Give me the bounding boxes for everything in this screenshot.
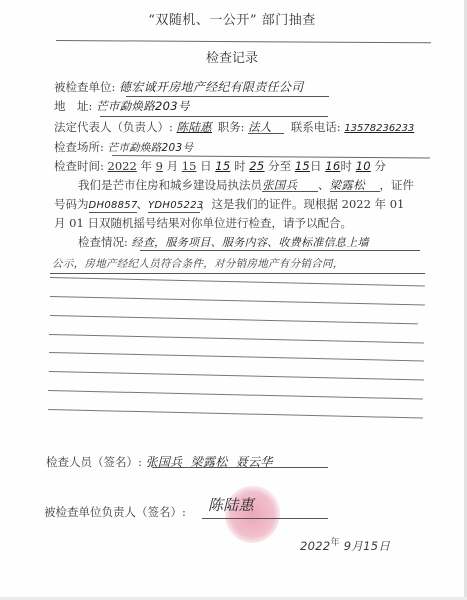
document-title: “双随机、一公开” 部门抽查	[0, 9, 464, 28]
position-label: 职务:	[218, 120, 245, 134]
officer-1-id: DH08857	[89, 200, 137, 213]
document-subtitle: 检查记录	[0, 47, 464, 66]
title-divider	[56, 40, 431, 43]
signature-date: 2022年 9月15日	[300, 535, 390, 554]
date-day: 15日	[363, 539, 390, 553]
unit-head-label: 被检查单位负责人（签名）:	[44, 505, 186, 519]
address-label: 地 址:	[54, 99, 92, 113]
statement-text: 我们是芒市住房和城乡建设局执法员	[78, 178, 262, 192]
ruled-line	[49, 334, 424, 344]
ruled-line	[49, 371, 424, 381]
ruled-line	[49, 352, 424, 362]
ruled-line	[50, 315, 418, 324]
time-end-hour-unit: 时	[340, 159, 352, 173]
ruled-line	[48, 390, 423, 400]
statement-text: 号码为	[54, 197, 89, 211]
legal-rep-row: 法定代表人（负责人）: 陈陆惠 职务: 法人 联系电话: 13578236233	[54, 119, 414, 135]
inspection-label: 检查情况:	[78, 235, 128, 249]
time-year: 2022	[108, 159, 137, 173]
location-row: 检查场所: 芒市勐焕路203号	[54, 139, 193, 155]
time-end-min: 10	[356, 159, 371, 173]
date-year: 2022	[300, 539, 330, 553]
ruled-line	[50, 296, 425, 306]
statement-line-3: 月 01 日双随机摇号结果对你单位进行检查，请予以配合。	[54, 215, 352, 231]
officer-2-name: 梁露松	[330, 179, 380, 192]
location-label: 检查场所:	[54, 140, 104, 154]
officer-2-id: YDH05223	[148, 200, 200, 213]
ruled-line	[48, 409, 423, 419]
unit-head-signature-row: 被检查单位负责人（签名）:	[44, 504, 186, 520]
position-value: 法人	[248, 121, 284, 134]
time-day: 15	[182, 159, 197, 173]
legal-rep-label: 法定代表人（负责人）:	[54, 120, 173, 134]
statement-line-1: 我们是芒市住房和城乡建设局执法员张国兵、梁露松，证件	[78, 177, 414, 193]
time-hour-unit: 时	[234, 159, 246, 173]
date-year-unit: 年	[330, 538, 339, 548]
time-end-min-unit: 分	[374, 159, 386, 173]
inspected-unit-underline	[126, 96, 329, 97]
separator: 、	[137, 197, 149, 211]
statement-line-2: 号码为DH08857、YDH05223，这是我们的证件。现根据 2022 年 0…	[54, 196, 404, 213]
inspected-unit-value: 德宏诚开房地产经纪有限责任公司	[119, 80, 304, 94]
inspectors-label: 检查人员（签名）:	[46, 455, 142, 469]
inspection-time-row: 检查时间: 2022 年 9 月 15 日 15 时 25 分至 15日 16时…	[54, 158, 386, 174]
unit-head-signature: 陈陆惠	[208, 494, 254, 515]
time-end-hour: 16	[325, 159, 340, 173]
time-day-unit: 日	[200, 159, 212, 173]
time-start-min: 25	[249, 159, 264, 173]
inspection-text-1: 经查，服务项目、服务内容、收费标准信息上墙	[132, 236, 369, 249]
inspection-row-1: 检查情况: 经查，服务项目、服务内容、收费标准信息上墙	[78, 234, 369, 250]
inspectors-underline	[152, 467, 328, 468]
time-min-unit: 分至	[268, 159, 291, 173]
phone-value: 13578236233	[344, 123, 414, 134]
inspection-underline-1	[140, 250, 420, 251]
inspected-unit-row: 被检查单位: 德宏诚开房地产经纪有限责任公司	[54, 78, 304, 95]
time-month-unit: 月	[167, 159, 179, 173]
time-label: 检查时间:	[54, 159, 104, 173]
officer-1-name: 张国兵	[262, 179, 318, 192]
document-page: “双随机、一公开” 部门抽查 检查记录 被检查单位: 德宏诚开房地产经纪有限责任…	[0, 0, 464, 597]
inspected-unit-label: 被检查单位:	[54, 80, 115, 94]
address-value: 芒市勐焕路203号	[96, 99, 190, 113]
address-row: 地 址: 芒市勐焕路203号	[54, 98, 190, 114]
statement-text: ，这是我们的证件。现根据 2022 年 01	[200, 197, 404, 211]
legal-rep-value: 陈陆惠	[177, 120, 212, 134]
time-end-day-unit: 日	[310, 159, 322, 173]
time-end-day: 15	[295, 159, 310, 173]
unit-head-underline	[202, 518, 328, 519]
inspection-text-2: 公示，房地产经纪人员符合条件，对分销房地产有分销合同，	[52, 256, 344, 271]
address-underline	[100, 116, 328, 117]
phone-label: 联系电话:	[291, 120, 341, 134]
statement-text: ，证件	[380, 178, 415, 192]
time-start-hour: 15	[215, 159, 230, 173]
location-value: 芒市勐焕路203号	[108, 142, 194, 154]
time-month: 9	[156, 159, 163, 173]
time-year-unit: 年	[140, 159, 152, 173]
date-month: 9月	[344, 539, 363, 553]
ruled-line	[50, 277, 425, 287]
inspection-underline-2	[50, 273, 425, 274]
separator: 、	[318, 178, 330, 192]
